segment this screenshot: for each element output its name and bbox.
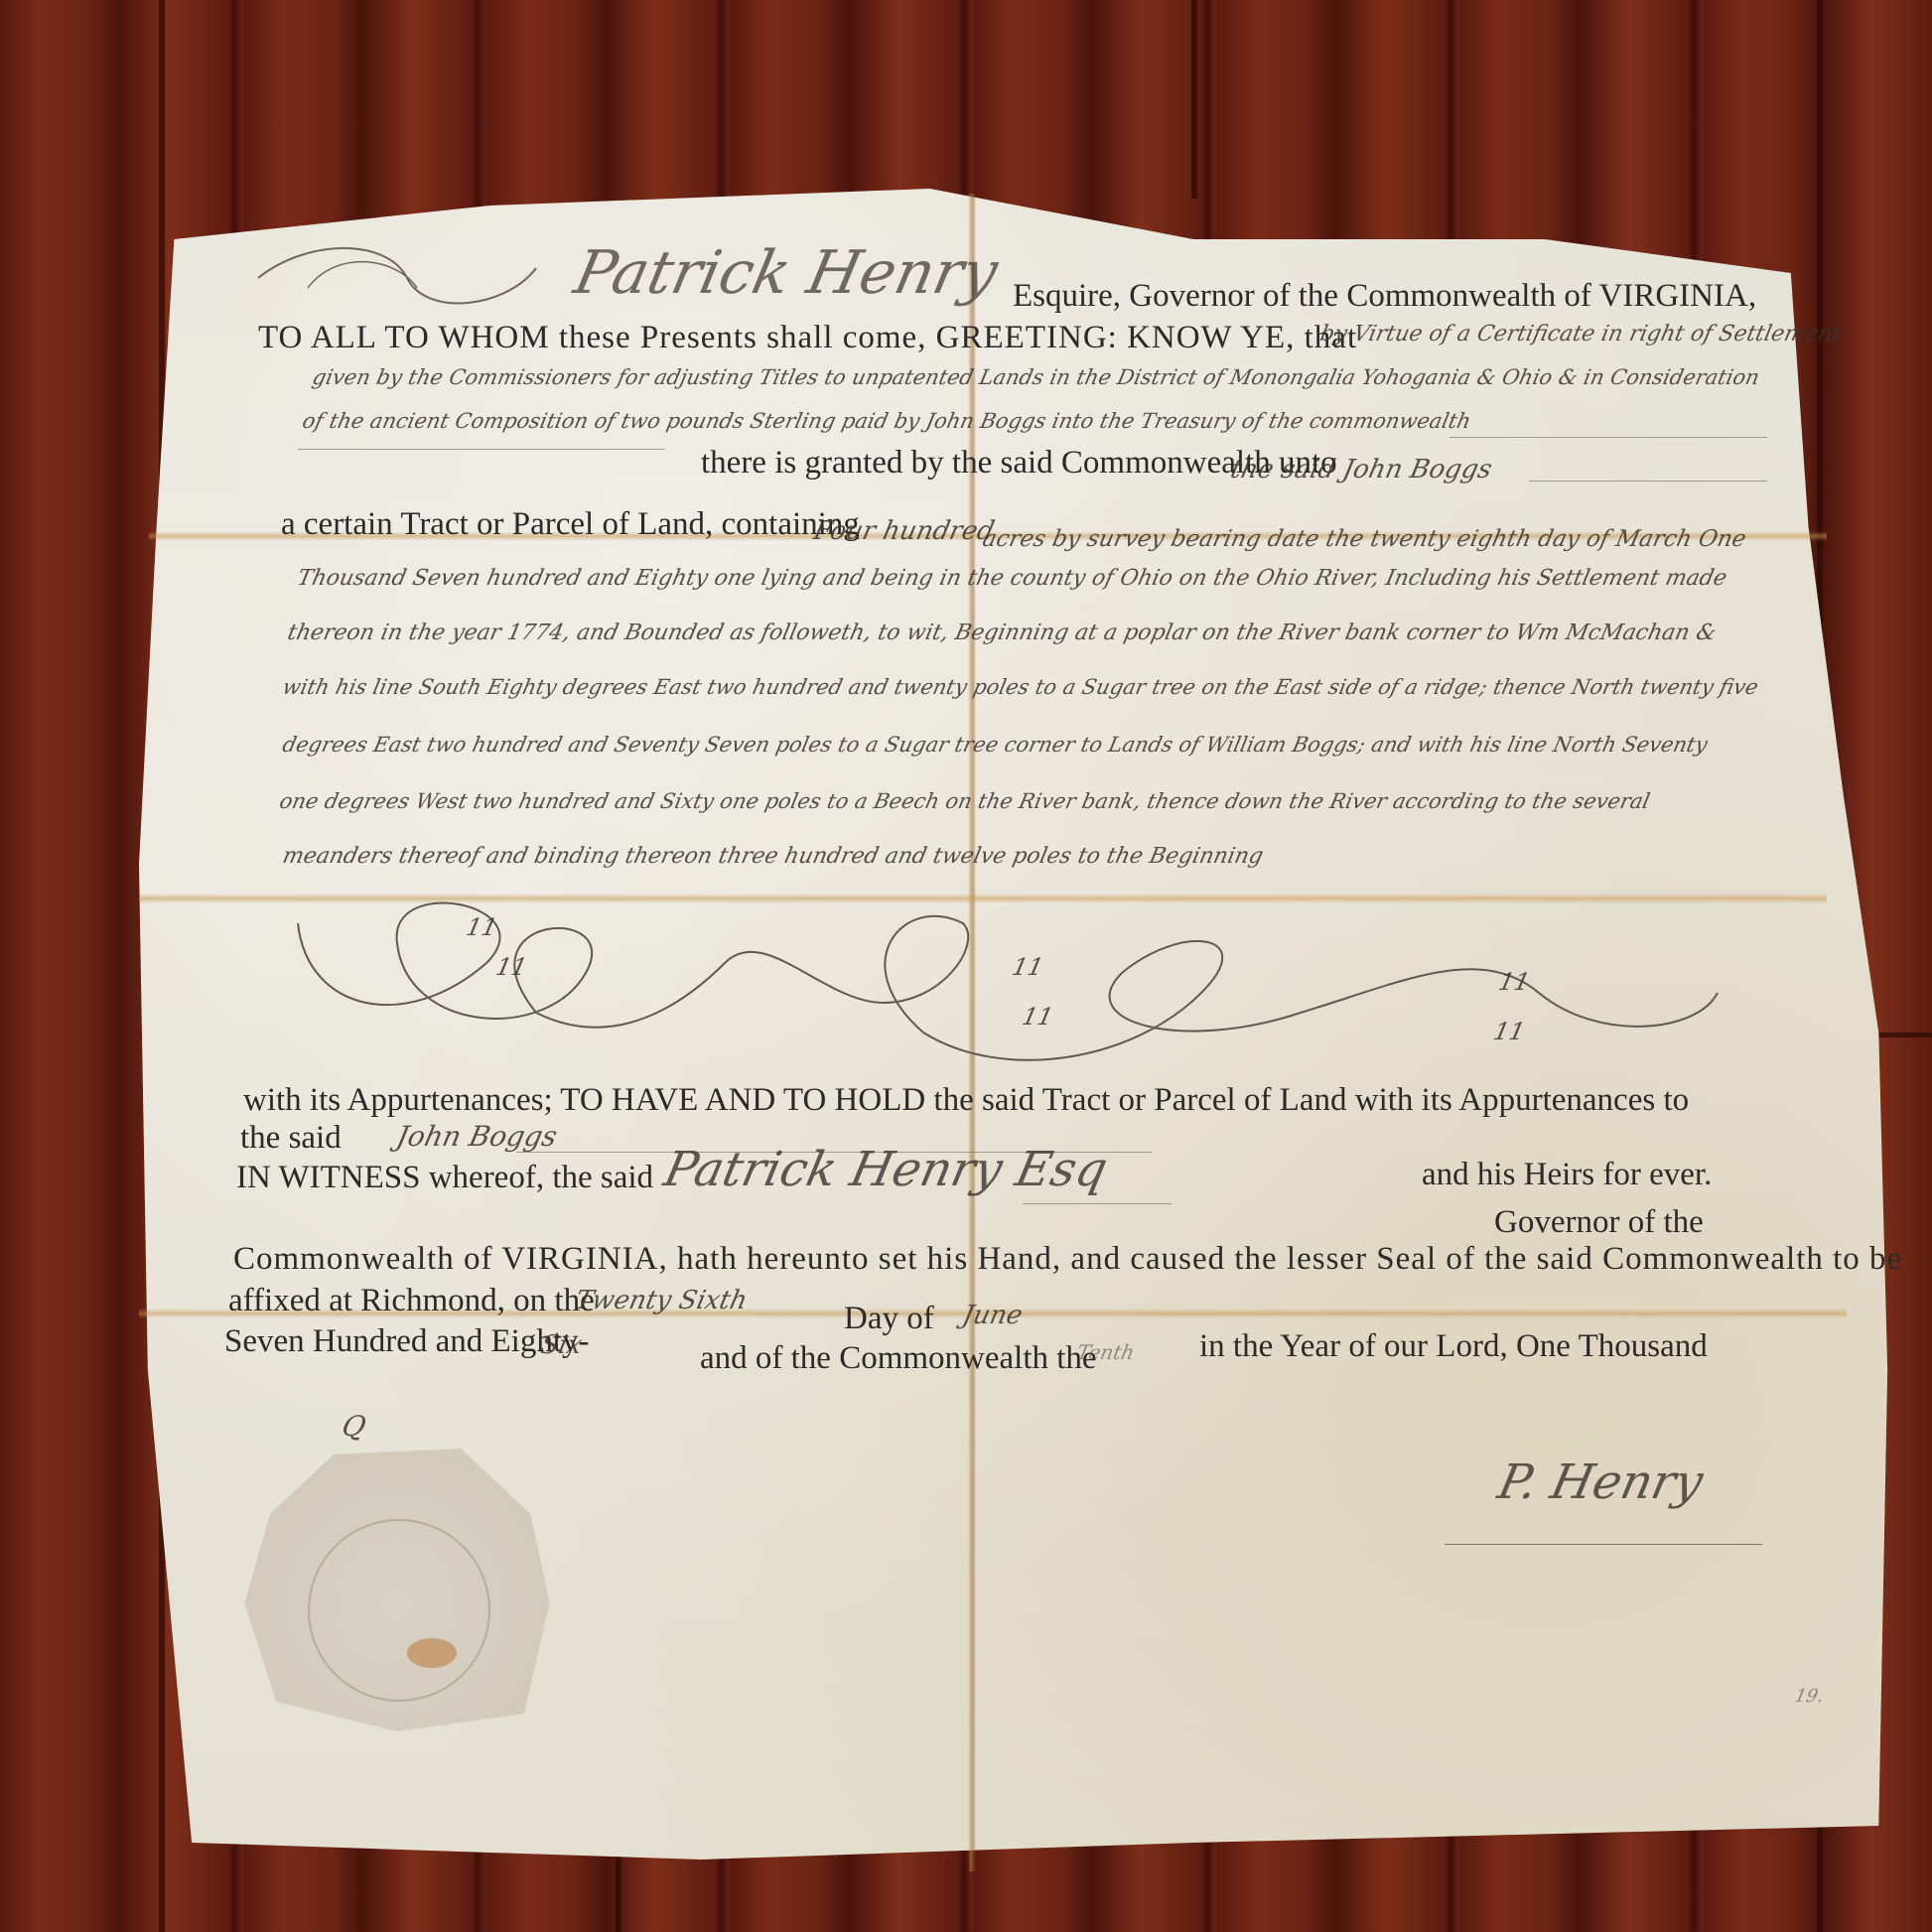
header-flourish-icon [248, 228, 546, 318]
fill-rule [1449, 437, 1767, 438]
blank-mark: 11 [1496, 968, 1532, 996]
grantee-name: the said John Boggs [1228, 455, 1495, 484]
blank-mark: 11 [1020, 1003, 1055, 1031]
seal-stain [407, 1638, 457, 1668]
year-of-our-lord: in the Year of our Lord, One Thousand [1199, 1328, 1708, 1365]
blank-mark: 11 [464, 913, 499, 941]
floor-board-seam [1191, 0, 1197, 199]
tract-line: a certain Tract or Parcel of Land, conta… [281, 506, 860, 543]
corner-note: 19. [1793, 1686, 1826, 1707]
fill-rule [1023, 1203, 1172, 1204]
greeting-line: TO ALL TO WHOM these Presents shall come… [258, 320, 1357, 356]
engraved-governor-name: Patrick Henry [569, 238, 1004, 308]
boundary-description-line: meanders thereof and binding thereon thr… [280, 844, 1265, 869]
consideration-line-2: given by the Commissioners for adjusting… [310, 365, 1761, 389]
day-of: Day of [844, 1301, 934, 1337]
blank-mark: 11 [493, 953, 529, 981]
habendum-grantee: John Boggs [393, 1120, 560, 1153]
witness-place: affixed at Richmond, on the [228, 1283, 595, 1319]
blank-mark: 11 [1010, 953, 1045, 981]
boundary-description-line: with his line South Eighty degrees East … [280, 675, 1760, 699]
seal-emblem-icon [308, 1519, 490, 1702]
heirs-line: and his Heirs for ever. [1422, 1157, 1712, 1193]
fill-rule [298, 449, 665, 450]
habendum-line-1: with its Appurtenances; TO HAVE AND TO H… [243, 1082, 1689, 1119]
witness-intro: IN WITNESS whereof, the said [236, 1160, 653, 1196]
blank-mark: 11 [1491, 1018, 1527, 1045]
consideration-line-3: of the ancient Composition of two pounds… [300, 409, 1472, 433]
witness-month: June [960, 1301, 1026, 1330]
witness-governor-name: Patrick Henry Esq [659, 1142, 1112, 1197]
witness-line-2: Commonwealth of VIRGINIA, hath hereunto … [233, 1241, 1902, 1278]
witness-line-4: Seven Hundred and Eighty- [224, 1323, 590, 1360]
acreage: Four hundred [811, 516, 997, 546]
witness-year: Six [538, 1330, 585, 1360]
boundary-description-line: Thousand Seven hundred and Eighty one ly… [295, 566, 1728, 591]
governor-title-line: Esquire, Governor of the Commonwealth of… [1013, 278, 1756, 315]
survey-date: acres by survey bearing date the twenty … [980, 526, 1748, 552]
boundary-description-line: thereon in the year 1774, and Bounded as… [285, 621, 1718, 645]
fill-rule [1529, 481, 1767, 482]
habendum-the-said: the said [240, 1120, 342, 1157]
boundary-description-line: degrees East two hundred and Seventy Sev… [280, 733, 1710, 757]
governor-signature: P. Henry [1493, 1454, 1708, 1510]
governor-of-the: Governor of the [1494, 1204, 1704, 1241]
witness-day: Twenty Sixth [573, 1286, 751, 1315]
of-the-commonwealth: and of the Commonwealth the [700, 1340, 1097, 1377]
commonwealth-year: Tenth [1074, 1340, 1137, 1364]
signature-rule [1445, 1544, 1762, 1545]
boundary-description-line: one degrees West two hundred and Sixty o… [277, 789, 1652, 813]
consideration-line-1: by Virtue of a Certificate in right of S… [1317, 322, 1844, 346]
